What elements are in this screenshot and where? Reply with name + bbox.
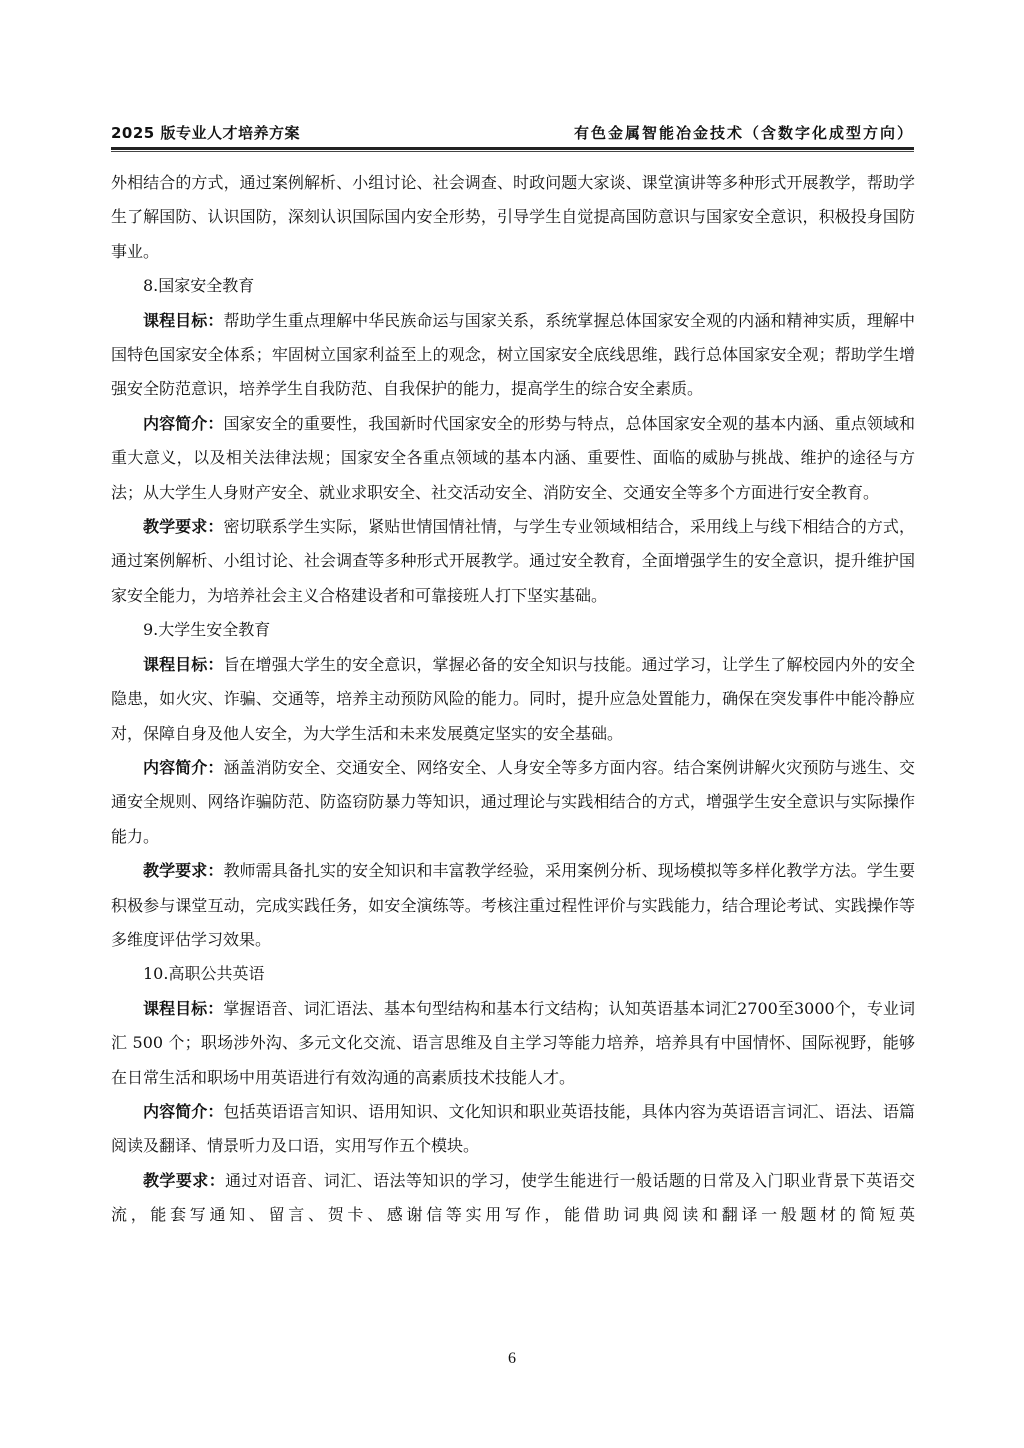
paragraph-text: 涵盖消防安全、交通安全、网络安全、人身安全等多方面内容。结合案例讲解火灾预防与逃…: [111, 758, 915, 846]
paragraph-text: 密切联系学生实际，紧贴世情国情社情，与学生专业领域相结合，采用线上与线下相结合的…: [111, 517, 915, 605]
paragraph-content-intro: 内容简介：国家安全的重要性，我国新时代国家安全的形势与特点，总体国家安全观的基本…: [111, 407, 915, 510]
paragraph-text: 旨在增强大学生的安全意识，掌握必备的安全知识与技能。通过学习，让学生了解校园内外…: [111, 655, 915, 743]
paragraph-text: 国家安全的重要性，我国新时代国家安全的形势与特点，总体国家安全观的基本内涵、重点…: [111, 414, 915, 502]
section-heading-text: 9.大学生安全教育: [143, 620, 270, 639]
paragraph-course-goal: 课程目标：旨在增强大学生的安全意识，掌握必备的安全知识与技能。通过学习，让学生了…: [111, 648, 915, 751]
paragraph-course-goal: 课程目标：帮助学生重点理解中华民族命运与国家关系，系统掌握总体国家安全观的内涵和…: [111, 304, 915, 407]
paragraph-content-intro: 内容简介：包括英语语言知识、语用知识、文化知识和职业英语技能，具体内容为英语语言…: [111, 1095, 915, 1164]
label-course-goal: 课程目标：: [143, 999, 223, 1018]
section-heading-text: 10.高职公共英语: [143, 964, 264, 983]
label-course-goal: 课程目标：: [143, 655, 223, 674]
paragraph-content-intro: 内容简介：涵盖消防安全、交通安全、网络安全、人身安全等多方面内容。结合案例讲解火…: [111, 751, 915, 854]
label-teaching-req: 教学要求：: [143, 1171, 225, 1190]
paragraph-teaching-req: 教学要求：密切联系学生实际，紧贴世情国情社情，与学生专业领域相结合，采用线上与线…: [111, 510, 915, 613]
label-course-goal: 课程目标：: [143, 311, 223, 330]
paragraph-text: 掌握语音、词汇语法、基本句型结构和基本行文结构；认知英语基本词汇2700至300…: [111, 999, 915, 1087]
section-heading: 8.国家安全教育: [111, 269, 915, 303]
header-program-title: 有色金属智能冶金技术（含数字化成型方向）: [574, 122, 914, 143]
paragraph-text: 包括英语语言知识、语用知识、文化知识和职业英语技能，具体内容为英语语言词汇、语法…: [111, 1102, 915, 1155]
paragraph-text: 外相结合的方式，通过案例解析、小组讨论、社会调查、时政问题大家谈、课堂演讲等多种…: [111, 173, 915, 261]
header-divider-thick: [111, 147, 914, 150]
section-heading: 9.大学生安全教育: [111, 613, 915, 647]
label-content-intro: 内容简介：: [143, 758, 223, 777]
label-teaching-req: 教学要求：: [143, 517, 223, 536]
paragraph-text: 通过对语音、词汇、语法等知识的学习，使学生能进行一般话题的日常及入门职业背景下英…: [111, 1171, 915, 1224]
header-document-title: 2025 版专业人才培养方案: [111, 122, 300, 143]
paragraph-text: 帮助学生重点理解中华民族命运与国家关系，系统掌握总体国家安全观的内涵和精神实质，…: [111, 311, 915, 399]
page-header: 2025 版专业人才培养方案 有色金属智能冶金技术（含数字化成型方向）: [111, 122, 914, 142]
paragraph-teaching-req: 教学要求：教师需具备扎实的安全知识和丰富教学经验，采用案例分析、现场模拟等多样化…: [111, 854, 915, 957]
paragraph-text: 教师需具备扎实的安全知识和丰富教学经验，采用案例分析、现场模拟等多样化教学方法。…: [111, 861, 915, 949]
label-content-intro: 内容简介：: [143, 1102, 223, 1121]
section-heading-text: 8.国家安全教育: [143, 276, 254, 295]
document-body: 外相结合的方式，通过案例解析、小组讨论、社会调查、时政问题大家谈、课堂演讲等多种…: [111, 166, 915, 1233]
header-divider: [111, 147, 914, 153]
label-content-intro: 内容简介：: [143, 414, 223, 433]
paragraph-course-goal: 课程目标：掌握语音、词汇语法、基本句型结构和基本行文结构；认知英语基本词汇270…: [111, 992, 915, 1095]
paragraph-teaching-req: 教学要求：通过对语音、词汇、语法等知识的学习，使学生能进行一般话题的日常及入门职…: [111, 1164, 915, 1233]
label-teaching-req: 教学要求：: [143, 861, 223, 880]
header-divider-thin: [111, 151, 914, 152]
paragraph-continuation: 外相结合的方式，通过案例解析、小组讨论、社会调查、时政问题大家谈、课堂演讲等多种…: [111, 166, 915, 269]
page-number: 6: [0, 1350, 1024, 1368]
section-heading: 10.高职公共英语: [111, 957, 915, 991]
